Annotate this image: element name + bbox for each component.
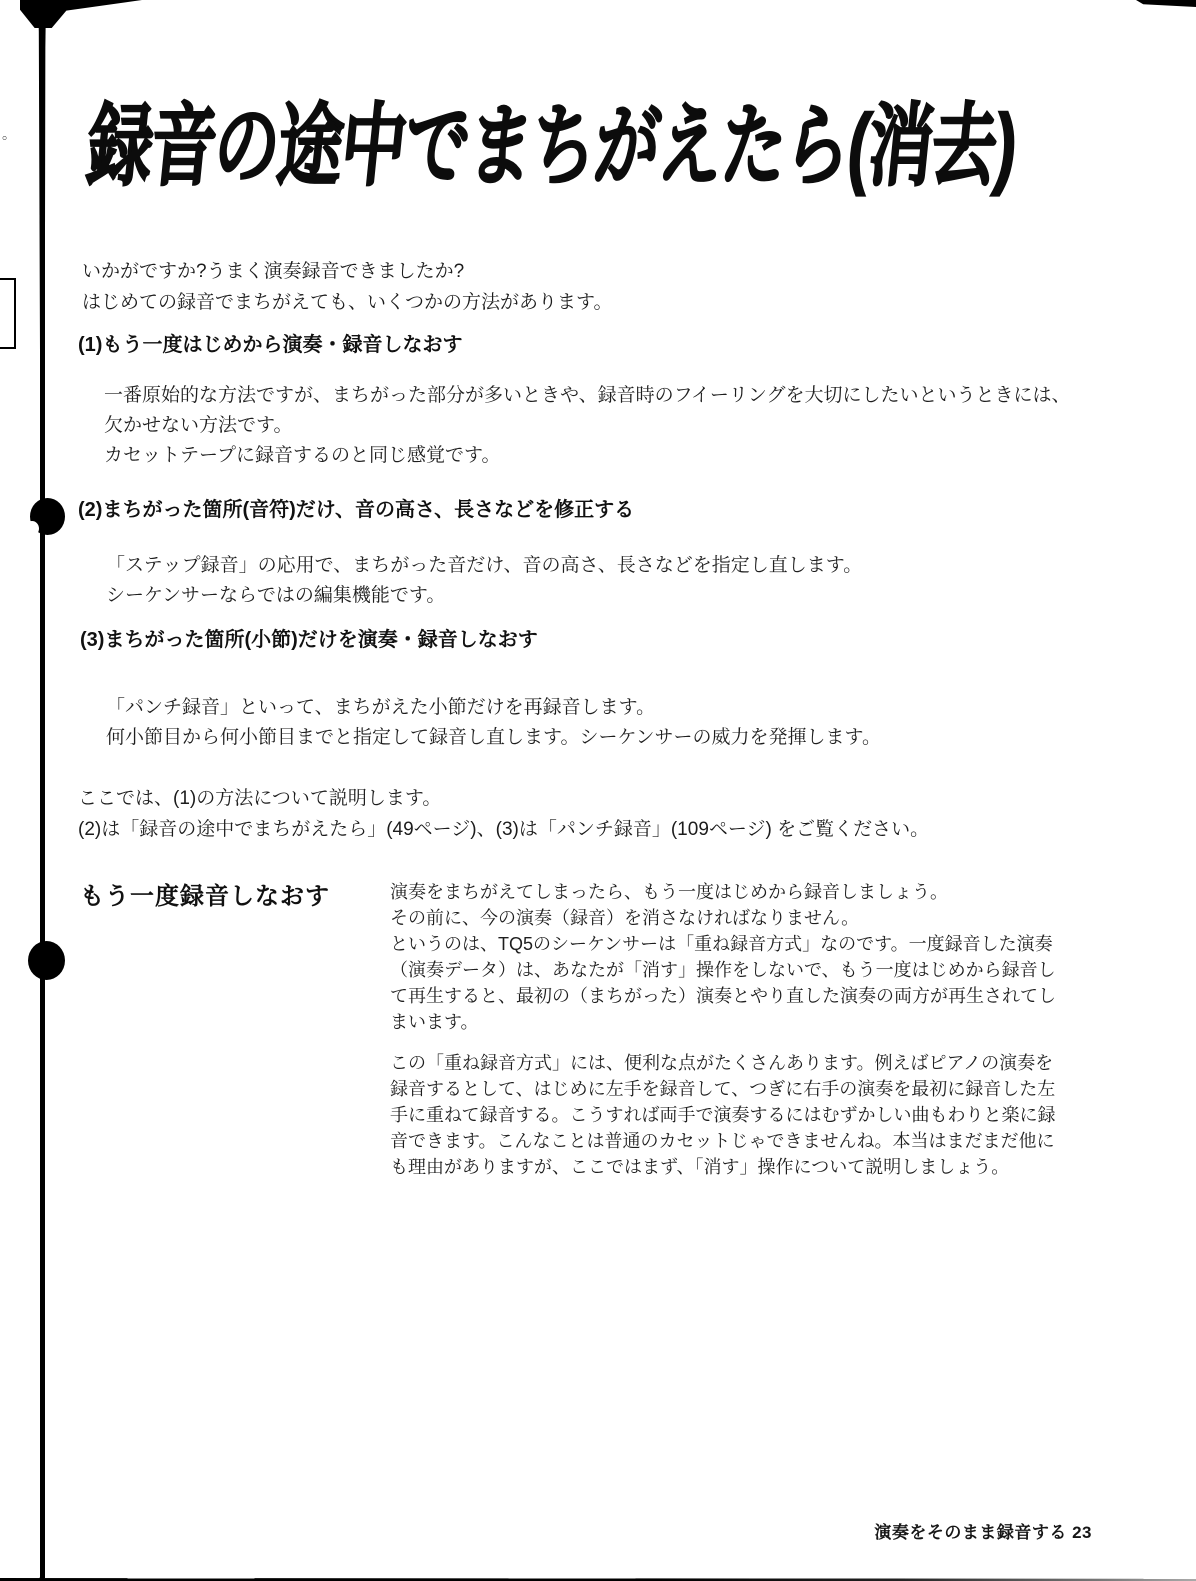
scan-shadow-bottom-edge bbox=[0, 1576, 1196, 1581]
note-text: ここでは、(1)の方法について説明します。 (2)は「録音の途中でまちがえたら」… bbox=[78, 783, 1098, 845]
edge-cropped-box bbox=[0, 278, 16, 349]
method-3-heading: (3)まちがった箇所(小節)だけを演奏・録音しなおす bbox=[80, 628, 538, 652]
binding-hole-mark-notch bbox=[25, 521, 39, 536]
binding-hole-mark bbox=[28, 941, 65, 980]
stray-print-mark: 。 bbox=[2, 124, 16, 144]
method-1-body: 一番原始的な方法ですが、まちがった部分が多いときや、録音時のフイーリングを大切に… bbox=[104, 381, 1109, 471]
scan-shadow-top-right bbox=[1136, 0, 1196, 7]
method-3-body: 「パンチ録音」といって、まちがえた小節だけを再録音します。 何小節目から何小節目… bbox=[106, 693, 1111, 753]
method-2-body: 「ステップ録音」の応用で、まちがった音だけ、音の高さ、長さなどを指定し直します。… bbox=[106, 551, 1111, 611]
section-paragraph-2: この「重ね録音方式」には、便利な点がたくさんあります。例えばピアノの演奏を 録音… bbox=[390, 1050, 1115, 1180]
section-paragraph-1: 演奏をまちがえてしまったら、もう一度はじめから録音しましょう。 その前に、今の演… bbox=[390, 879, 1115, 1035]
page-footer: 演奏をそのまま録音する 23 bbox=[874, 1518, 1092, 1543]
section-heading-rerecord: もう一度録音しなおす bbox=[80, 876, 330, 911]
method-2-heading: (2)まちがった箇所(音符)だけ、音の高さ、長さなどを修正する bbox=[78, 498, 634, 522]
scan-shadow-top-left bbox=[20, 0, 142, 28]
method-1-heading: (1)もう一度はじめから演奏・録音しなおす bbox=[78, 333, 462, 357]
intro-text: いかがですか?うまく演奏録音できましたか? はじめての録音でまちがえても、いくつ… bbox=[82, 256, 1102, 318]
scanned-manual-page: 。 録音の途中でまちがえたら(消去) いかがですか?うまく演奏録音できましたか?… bbox=[0, 0, 1196, 1581]
section-body-column: 演奏をまちがえてしまったら、もう一度はじめから録音しましょう。 その前に、今の演… bbox=[390, 879, 1115, 1180]
page-title: 録音の途中でまちがえたら(消去) bbox=[83, 96, 1021, 200]
